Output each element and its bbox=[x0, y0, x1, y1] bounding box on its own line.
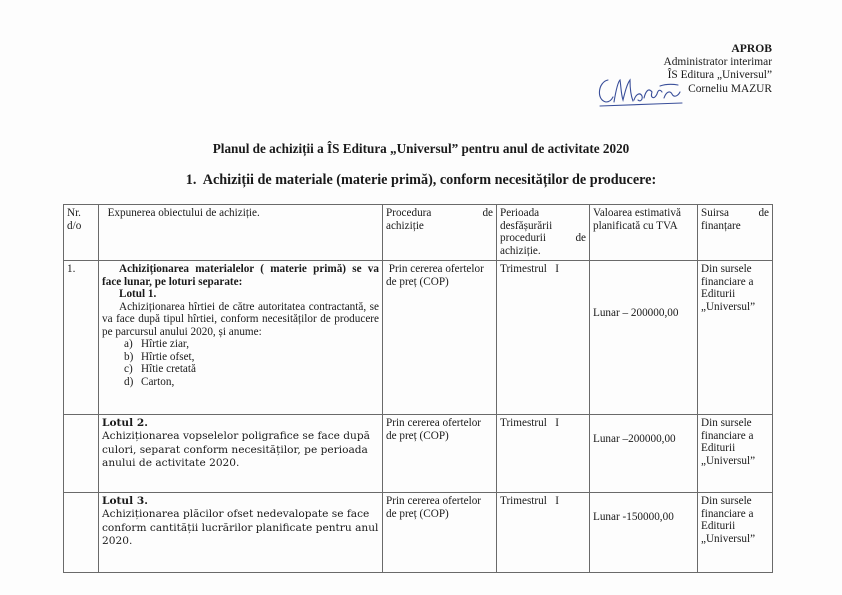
row-description: Lotul 2. Achiziționarea vopselelor polig… bbox=[99, 415, 383, 493]
lot-title: Lotul 3. bbox=[102, 495, 379, 508]
lot-text: Achiziționarea hîrtiei de către autorita… bbox=[102, 301, 379, 339]
approver-role: Administrator interimar bbox=[663, 56, 772, 70]
table-row: Lotul 2. Achiziționarea vopselelor polig… bbox=[64, 415, 773, 493]
row-source: Din sursele financiare a Editurii „Unive… bbox=[698, 415, 773, 493]
section-number: 1. bbox=[186, 172, 197, 188]
header-description: Expunerea obiectului de achiziție. bbox=[99, 205, 383, 261]
row-procedure: Prin cererea ofertelor de preț (COP) bbox=[383, 415, 497, 493]
row-period: Trimestrul I bbox=[497, 415, 590, 493]
section-title-text: Achiziții de materiale (materie primă), … bbox=[203, 172, 656, 188]
row-procedure: Prin cererea ofertelor de preț (COP) bbox=[383, 493, 497, 573]
row-description: Achiziționarea materialelor ( materie pr… bbox=[99, 261, 383, 415]
table-header-row: Nr. d/o Expunerea obiectului de achiziți… bbox=[64, 205, 773, 261]
lot-title: Lotul 2. bbox=[102, 417, 379, 430]
document-title: Planul de achiziții a ÎS Editura „Univer… bbox=[0, 141, 842, 157]
paper-types-list: a)Hîrtie ziar, b)Hîrtie ofset, c)Hîtie c… bbox=[102, 338, 379, 388]
row-period: Trimestrul I bbox=[497, 261, 590, 415]
header-procedure: Procedurade achiziție bbox=[383, 205, 497, 261]
row-value: Lunar – 200000,00 bbox=[590, 261, 698, 415]
row-nr bbox=[64, 493, 99, 573]
row-procedure: Prin cererea ofertelor de preț (COP) bbox=[383, 261, 497, 415]
row-source: Din sursele financiare a Editurii „Unive… bbox=[698, 261, 773, 415]
row-nr: 1. bbox=[64, 261, 99, 415]
table-row: 1. Achiziționarea materialelor ( materie… bbox=[64, 261, 773, 415]
document-page: APROB Administrator interimar ÎS Editura… bbox=[0, 0, 842, 595]
row-nr bbox=[64, 415, 99, 493]
lot-title: Lotul 1. bbox=[102, 288, 379, 301]
header-value: Valoarea estimativă planificată cu TVA bbox=[590, 205, 698, 261]
header-source: Suirsade finanțare bbox=[698, 205, 773, 261]
header-period: Perioada desfășurării proceduriide achiz… bbox=[497, 205, 590, 261]
header-nr: Nr. d/o bbox=[64, 205, 99, 261]
row-description: Lotul 3. Achiziționarea plăcilor ofset n… bbox=[99, 493, 383, 573]
lot-text: Achiziționarea vopselelor poligrafice se… bbox=[102, 430, 379, 470]
list-item: c)Hîtie cretată bbox=[124, 363, 379, 376]
row-value: Lunar -150000,00 bbox=[590, 493, 698, 573]
list-item: a)Hîrtie ziar, bbox=[124, 338, 379, 351]
procurement-table: Nr. d/o Expunerea obiectului de achiziți… bbox=[63, 204, 773, 573]
row-value: Lunar –200000,00 bbox=[590, 415, 698, 493]
lot-text: Achiziționarea plăcilor ofset nedevalopa… bbox=[102, 508, 379, 548]
approval-heading: APROB bbox=[663, 42, 772, 56]
list-item: b)Hîrtie ofset, bbox=[124, 351, 379, 364]
row-period: Trimestrul I bbox=[497, 493, 590, 573]
list-item: d)Carton, bbox=[124, 376, 379, 389]
section-title: 1. Achiziții de materiale (materie primă… bbox=[0, 172, 842, 189]
row-intro: Achiziționarea materialelor ( materie pr… bbox=[102, 263, 379, 288]
row-source: Din sursele financiare a Editurii „Unive… bbox=[698, 493, 773, 573]
table-row: Lotul 3. Achiziționarea plăcilor ofset n… bbox=[64, 493, 773, 573]
signature-icon bbox=[594, 72, 686, 108]
